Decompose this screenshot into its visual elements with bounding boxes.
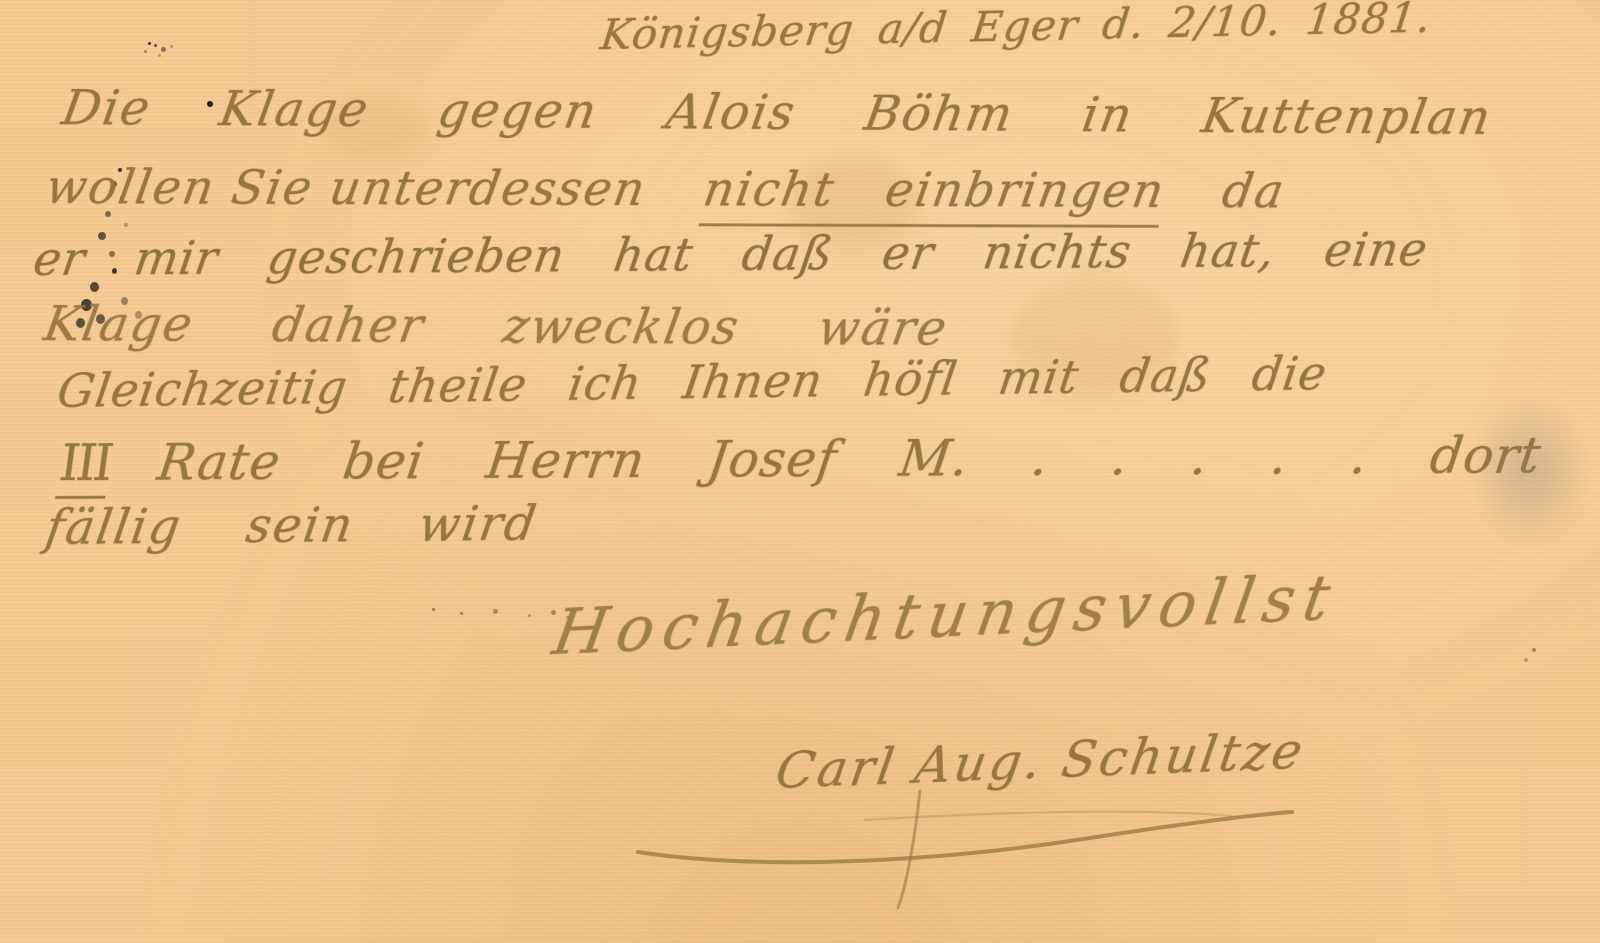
closing-salutation: Hochachtungsvollst bbox=[548, 560, 1344, 669]
body-line-6-rest: Rate bei Herrn Josef M. . . . . . dort bbox=[154, 426, 1544, 491]
postcard-scan: Königsberg a/d Eger d. 2/10. 1881. Die K… bbox=[0, 0, 1600, 943]
underlined-phrase: nicht einbringen bbox=[698, 162, 1169, 228]
speckle-right bbox=[1532, 648, 1536, 652]
body-line-4: Klage daher zwecklos wäre bbox=[40, 296, 952, 357]
signature-flourish bbox=[620, 790, 1340, 910]
body-line-6: IIIRate bei Herrn Josef M. . . . . . dor… bbox=[56, 426, 1545, 492]
dateline: Königsberg a/d Eger d. 2/10. 1881. bbox=[598, 0, 1434, 59]
body-line-2-post: da bbox=[1218, 164, 1289, 219]
body-line-5: Gleichzeitig theile ich Ihnen höfl mit d… bbox=[54, 346, 1331, 418]
body-line-7: fällig sein wird bbox=[42, 496, 541, 556]
roman-numeral-three: III bbox=[55, 434, 114, 499]
body-line-3: er mir geschrieben hat daß er nichts hat… bbox=[30, 222, 1432, 286]
body-line-2-pre: wollen Sie unterdessen bbox=[42, 160, 650, 217]
postmark-bleed-speckles-top bbox=[148, 42, 151, 45]
speckle-row bbox=[432, 608, 435, 611]
signature: Carl Aug. Schultze bbox=[772, 721, 1309, 800]
body-line-2: wollen Sie unterdessennicht einbringenda bbox=[42, 160, 1289, 219]
body-line-1: Die Klage gegen Alois Böhm in Kuttenplan bbox=[58, 80, 1496, 146]
